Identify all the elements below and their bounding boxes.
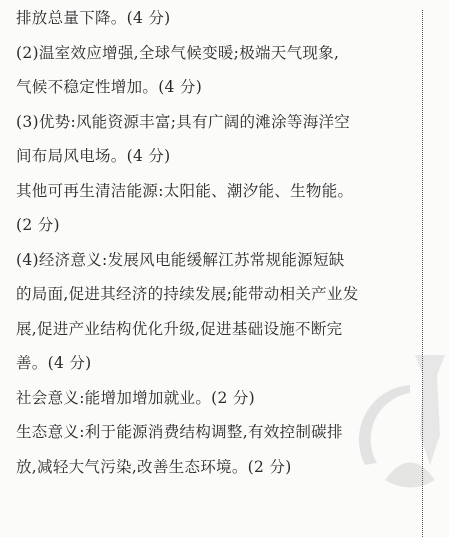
text-line: 展,促进产业结构优化升级,促进基础设施不断完 xyxy=(16,319,416,354)
answer-text: 排放总量下降。(4 分) (2)温室效应增强,全球气候变暖;极端天气现象, 气候… xyxy=(16,8,416,491)
text-line: 的局面,促进其经济的持续发展;能带动相关产业发 xyxy=(16,284,416,319)
text-line: (2)温室效应增强,全球气候变暖;极端天气现象, xyxy=(16,43,416,78)
text-line: (4)经济意义:发展风电能缓解江苏常规能源短缺 xyxy=(16,250,416,285)
text-line: 社会意义:能增加增加就业。(2 分) xyxy=(16,388,416,423)
text-line: (2 分) xyxy=(16,215,416,250)
text-line: 其他可再生清洁能源:太阳能、潮汐能、生物能。 xyxy=(16,181,416,216)
answer-page: 排放总量下降。(4 分) (2)温室效应增强,全球气候变暖;极端天气现象, 气候… xyxy=(0,0,449,537)
text-line: 放,减轻大气污染,改善生态环境。(2 分) xyxy=(16,457,416,492)
text-line: (3)优势:风能资源丰富;具有广阔的滩涂等海洋空 xyxy=(16,112,416,147)
text-line: 排放总量下降。(4 分) xyxy=(16,8,416,43)
dotted-divider xyxy=(422,10,423,537)
text-line: 气候不稳定性增加。(4 分) xyxy=(16,77,416,112)
text-line: 善。(4 分) xyxy=(16,353,416,388)
text-line: 间布局风电场。(4 分) xyxy=(16,146,416,181)
text-line: 生态意义:利于能源消费结构调整,有效控制碳排 xyxy=(16,422,416,457)
